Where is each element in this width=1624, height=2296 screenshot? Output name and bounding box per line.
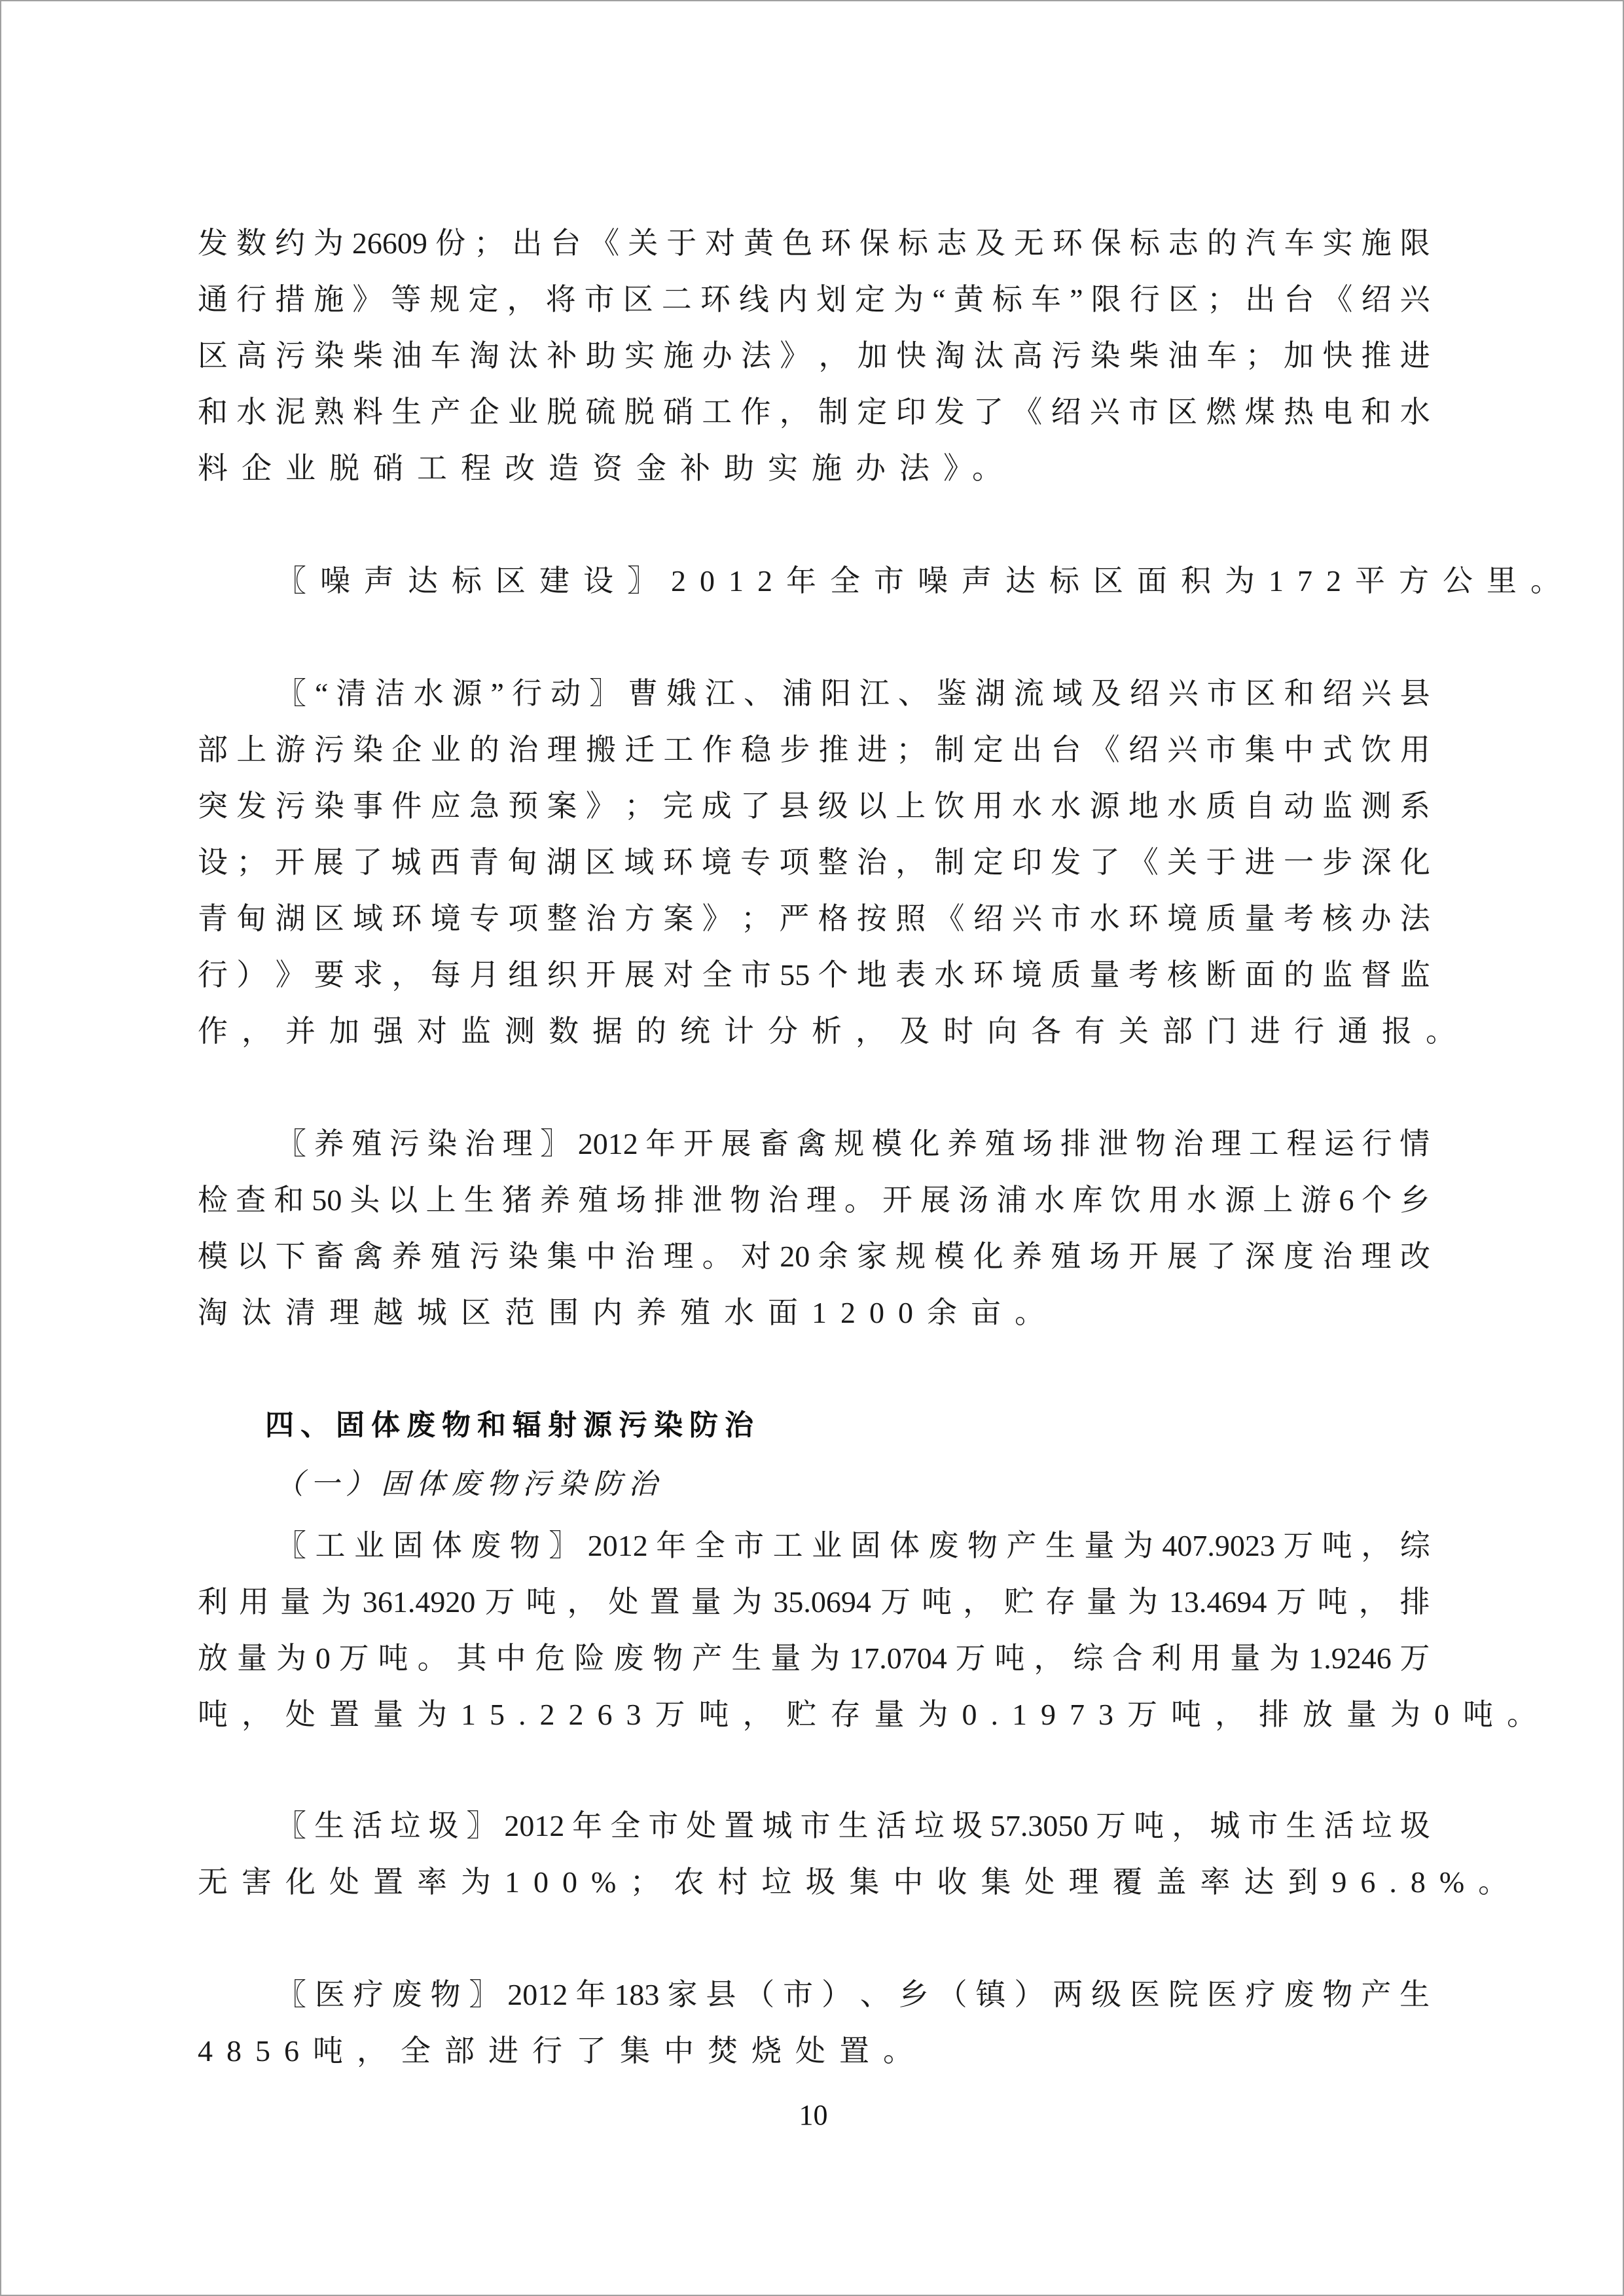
paragraph-line: 无害化处置率为100%；农村垃圾集中收集处理覆盖率达到96.8%。	[198, 1863, 1430, 1902]
paragraph-line: 〖 医 疗 废 物 〗 2012 年 183 家 县 （ 市 ） 、 乡 （ 镇…	[276, 1975, 1430, 2015]
paragraph-line: 淘汰清理越城区范围内养殖水面1200余亩。	[198, 1293, 1430, 1333]
paragraph-line: 〖 “ 清 洁 水 源 ” 行 动 〗 曹 娥 江 、 浦 阳 江 、 鉴 湖 …	[276, 674, 1430, 713]
paragraph-line: 作，并加强对监测数据的统计分析，及时向各有关部门进行通报。	[198, 1012, 1430, 1051]
paragraph-line: 利 用 量 为 361.4920 万 吨 ， 处 置 量 为 35.0694 万…	[198, 1583, 1430, 1622]
paragraph-line: 青 甸 湖 区 域 环 境 专 项 整 治 方 案 》 ； 严 格 按 照 《 …	[198, 899, 1430, 939]
paragraph-line: 模 以 下 畜 禽 养 殖 污 染 集 中 治 理 。 对 20 余 家 规 模…	[198, 1237, 1430, 1276]
paragraph-line: 吨，处置量为15.2263万吨，贮存量为0.1973万吨，排放量为0吨。	[198, 1695, 1430, 1734]
document-page: 发 数 约 为 26609 份 ； 出 台 《 关 于 对 黄 色 环 保 标 …	[0, 0, 1624, 2296]
paragraph-line: 部 上 游 污 染 企 业 的 治 理 搬 迁 工 作 稳 步 推 进 ； 制 …	[198, 730, 1430, 770]
paragraph-line: 突 发 污 染 事 件 应 急 预 案 》 ； 完 成 了 县 级 以 上 饮 …	[198, 787, 1430, 826]
paragraph-line: 〖 养 殖 污 染 治 理 〗 2012 年 开 展 畜 禽 规 模 化 养 殖…	[276, 1124, 1430, 1164]
paragraph-line: 和 水 泥 熟 料 生 产 企 业 脱 硫 脱 硝 工 作 ， 制 定 印 发 …	[198, 393, 1430, 432]
page-number: 10	[1, 2099, 1624, 2132]
paragraph-line: 设 ； 开 展 了 城 西 青 甸 湖 区 域 环 境 专 项 整 治 ， 制 …	[198, 843, 1430, 882]
paragraph-line: 放 量 为 0 万 吨 。 其 中 危 险 废 物 产 生 量 为 17.070…	[198, 1639, 1430, 1678]
paragraph-line: 料企业脱硝工程改造资金补助实施办法》。	[198, 449, 1430, 488]
paragraph-line: 发 数 约 为 26609 份 ； 出 台 《 关 于 对 黄 色 环 保 标 …	[198, 224, 1430, 263]
paragraph-line: 4856吨，全部进行了集中焚烧处置。	[198, 2032, 1430, 2071]
paragraph-line: 〖 生 活 垃 圾 〗 2012 年 全 市 处 置 城 市 生 活 垃 圾 5…	[276, 1806, 1430, 1846]
paragraph-line: 〖 工 业 固 体 废 物 〗 2012 年 全 市 工 业 固 体 废 物 产…	[276, 1526, 1430, 1566]
section-heading: 四、固体废物和辐射源污染防治	[265, 1406, 760, 1445]
paragraph-noise-compliance: 〖噪声达标区建设〗2012年全市噪声达标区面积为172平方公里。	[276, 562, 1430, 601]
paragraph-line: 区 高 污 染 柴 油 车 淘 汰 补 助 实 施 办 法 》 ， 加 快 淘 …	[198, 336, 1430, 376]
section-subheading: （一）固体废物污染防治	[275, 1465, 664, 1504]
paragraph-line: 行 ） 》 要 求 ， 每 月 组 织 开 展 对 全 市 55 个 地 表 水…	[198, 956, 1430, 995]
paragraph-line: 检 查 和 50 头 以 上 生 猪 养 殖 场 排 泄 物 治 理 。 开 展…	[198, 1181, 1430, 1220]
paragraph-line: 通 行 措 施 》 等 规 定 ， 将 市 区 二 环 线 内 划 定 为 “ …	[198, 280, 1430, 319]
